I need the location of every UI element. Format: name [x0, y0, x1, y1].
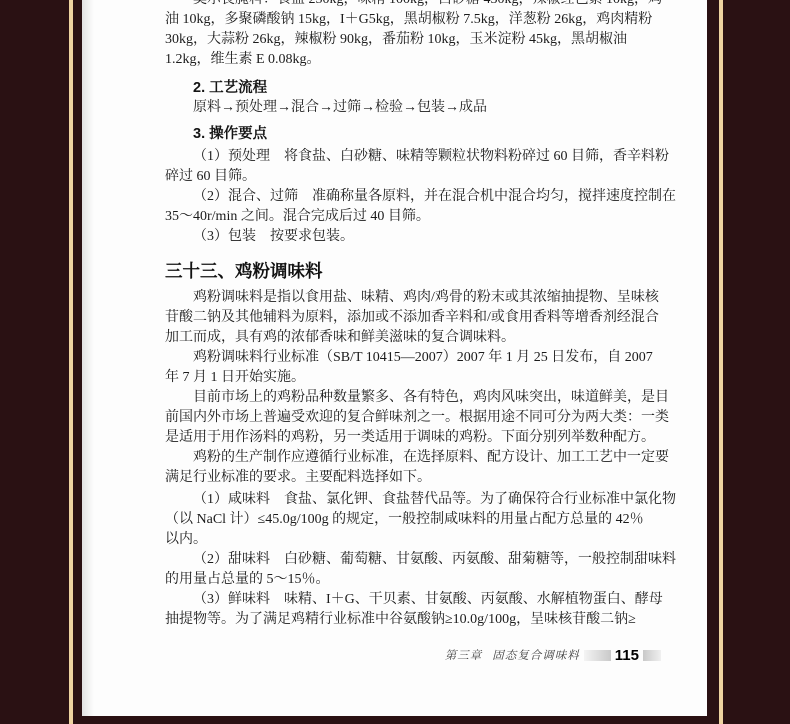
paragraph-line: 碎过 60 目筛。 — [165, 167, 670, 187]
paragraph-line: （2）甜味料 白砂糖、葡萄糖、甘氨酸、丙氨酸、甜菊糖等，一般控制甜味料 — [165, 550, 670, 570]
intro-paragraph: 鸡粉调味料是指以食用盐、味精、鸡肉/鸡骨的粉末或其浓缩抽提物、呈味核 苷酸二钠及… — [165, 288, 670, 348]
section-title-chicken-powder: 三十三、鸡粉调味料 — [165, 259, 670, 283]
standard-paragraph: 鸡粉调味料行业标准（SB/T 10415—2007）2007 年 1 月 25 … — [165, 348, 670, 388]
point1-paragraph: （1）预处理 将食盐、白砂糖、味精等颗粒状物料粉碎过 60 目筛，香辛料粉 碎过… — [165, 147, 670, 187]
paragraph-line: 满足行业标准的要求。主要配料选择如下。 — [165, 468, 670, 488]
paragraph-line: （2）混合、过筛 准确称量各原料，并在混合机中混合均匀，搅拌速度控制在 — [165, 187, 670, 207]
paragraph-line: （1）咸味料 食盐、氯化钾、食盐替代品等。为了确保符合行业标准中氯化物 — [165, 490, 670, 510]
heading-process-flow: 2. 工艺流程 — [165, 78, 670, 98]
page-content: 奥尔良腌料：食盐 250kg，味精 100kg，白砂糖 430kg，辣椒红色素 … — [165, 0, 670, 630]
footer-decoration-bar-right — [643, 650, 661, 661]
paragraph-line: 鸡粉的生产制作应遵循行业标准，在选择原料、配方设计、加工工艺中一定要 — [165, 448, 670, 468]
paragraph-line: （3）鲜味料 味精、I＋G、干贝素、甘氨酸、丙氨酸、水解植物蛋白、酵母 — [165, 590, 670, 610]
paragraph-line: 1.2kg，维生素 E 0.08kg。 — [165, 50, 670, 70]
paragraph-line: 抽提物等。为了满足鸡精行业标准中谷氨酸钠≥10.0g/100g，呈味核苷酸二钠≥ — [165, 610, 670, 630]
paragraph-line: 加工而成，具有鸡的浓郁香味和鲜美滋味的复合调味料。 — [165, 328, 670, 348]
market-paragraph: 目前市场上的鸡粉品种数量繁多、各有特色，鸡肉风味突出，味道鲜美，是目 前国内外市… — [165, 388, 670, 448]
paragraph-line: 的用量占总量的 5～15％。 — [165, 570, 670, 590]
process-flow-line: 原料→预处理→混合→过筛→检验→包装→成品 — [165, 98, 670, 118]
page-footer: 第三章 固态复合调味料 115 — [165, 646, 665, 664]
footer-chapter-label: 第三章 — [445, 647, 483, 663]
paragraph-line: 鸡粉调味料是指以食用盐、味精、鸡肉/鸡骨的粉末或其浓缩抽提物、呈味核 — [165, 288, 670, 308]
paragraph-line: 油 10kg，多聚磷酸钠 15kg，I＋G5kg，黑胡椒粉 7.5kg，洋葱粉 … — [165, 10, 670, 30]
paragraph-line: 是适用于用作汤料的鸡粉，另一类适用于调味的鸡粉。下面分别列举数种配方。 — [165, 428, 670, 448]
paragraph-line: 鸡粉调味料行业标准（SB/T 10415—2007）2007 年 1 月 25 … — [165, 348, 670, 368]
paragraph-line: 苷酸二钠及其他辅料为原料，添加或不添加香辛料和/或食用香料等增香剂经混合 — [165, 308, 670, 328]
recipe-paragraph: 奥尔良腌料：食盐 250kg，味精 100kg，白砂糖 430kg，辣椒红色素 … — [165, 0, 670, 70]
paragraph-line: 30kg，大蒜粉 26kg，辣椒粉 90kg，番茄粉 10kg，玉米淀粉 45k… — [165, 30, 670, 50]
book-page: 奥尔良腌料：食盐 250kg，味精 100kg，白砂糖 430kg，辣椒红色素 … — [82, 0, 707, 716]
page-number: 115 — [615, 647, 639, 664]
paragraph-line: 奥尔良腌料：食盐 250kg，味精 100kg，白砂糖 430kg，辣椒红色素 … — [165, 0, 670, 10]
paragraph-line: （1）预处理 将食盐、白砂糖、味精等颗粒状物料粉碎过 60 目筛，香辛料粉 — [165, 147, 670, 167]
paragraph-line: 以内。 — [165, 530, 670, 550]
salty-ingredient-paragraph: （1）咸味料 食盐、氯化钾、食盐替代品等。为了确保符合行业标准中氯化物 （以 N… — [165, 490, 670, 550]
paragraph-line: 35～40r/min 之间。混合完成后过 40 目筛。 — [165, 207, 670, 227]
point3-paragraph: （3）包装 按要求包装。 — [165, 227, 670, 247]
paragraph-line: （3）包装 按要求包装。 — [165, 227, 670, 247]
heading-operation-points: 3. 操作要点 — [165, 124, 670, 144]
footer-decoration-bar-left — [584, 650, 611, 661]
paragraph-line: 目前市场上的鸡粉品种数量繁多、各有特色，鸡肉风味突出，味道鲜美，是目 — [165, 388, 670, 408]
frame-gold-line-right — [719, 0, 723, 724]
point2-paragraph: （2）混合、过筛 准确称量各原料，并在混合机中混合均匀，搅拌速度控制在 35～4… — [165, 187, 670, 227]
sweet-ingredient-paragraph: （2）甜味料 白砂糖、葡萄糖、甘氨酸、丙氨酸、甜菊糖等，一般控制甜味料 的用量占… — [165, 550, 670, 590]
production-paragraph: 鸡粉的生产制作应遵循行业标准，在选择原料、配方设计、加工工艺中一定要 满足行业标… — [165, 448, 670, 488]
frame-gold-line-left — [69, 0, 73, 724]
page-spine-shadow — [82, 0, 94, 716]
paragraph-line: 年 7 月 1 日开始实施。 — [165, 368, 670, 388]
paragraph-line: （以 NaCl 计）≤45.0g/100g 的规定，一般控制咸味料的用量占配方总… — [165, 510, 670, 530]
umami-ingredient-paragraph: （3）鲜味料 味精、I＋G、干贝素、甘氨酸、丙氨酸、水解植物蛋白、酵母 抽提物等… — [165, 590, 670, 630]
paragraph-line: 前国内外市场上普遍受欢迎的复合鲜味剂之一。根据用途不同可分为两大类：一类 — [165, 408, 670, 428]
footer-section-label: 固态复合调味料 — [492, 647, 580, 663]
